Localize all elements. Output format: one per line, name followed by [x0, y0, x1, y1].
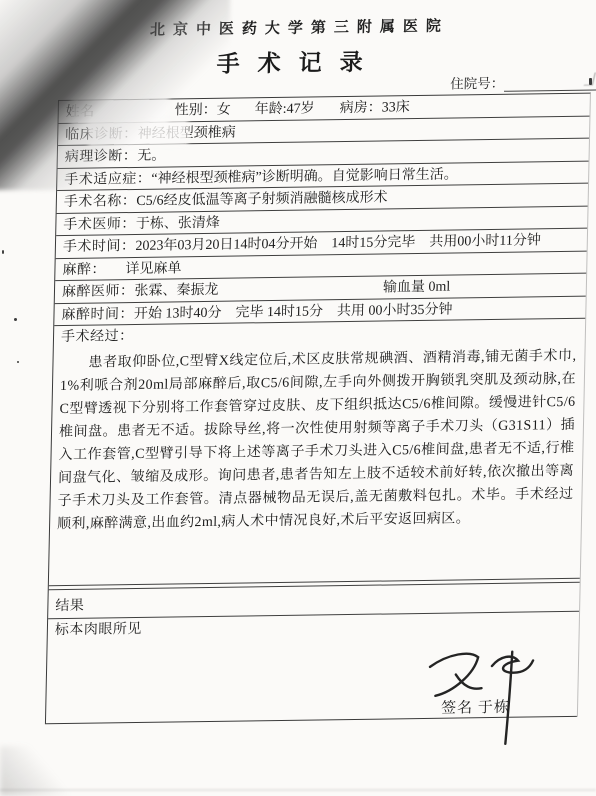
admission-number-label: 住院号： — [450, 72, 504, 93]
scan-edge-streak — [0, 789, 596, 791]
hospital-name: 北京中医药大学第三附属医院 — [1, 12, 596, 41]
scan-speck — [17, 361, 19, 363]
anesthesia-label: 麻醉： — [62, 262, 106, 278]
admission-number-blank — [504, 75, 596, 92]
name-label: 姓名 — [66, 105, 95, 120]
operation-time-value: 2023年03月20日14时04分开始 14时15分完毕 共用00小时11分钟 — [135, 233, 541, 254]
signature-area: 签名 于栋 — [406, 643, 578, 760]
record-table: 姓名 性别：女 年龄:47岁 病房：33床 临床诊断：神经根型颈椎病 病理诊断：… — [45, 93, 591, 725]
scan-speck — [2, 250, 4, 254]
surgeons-value: 于栋、张清烽 — [136, 215, 220, 231]
indication-value: “神经根型颈椎病”诊断明确。自觉影响日常生活。 — [151, 167, 458, 186]
specimen-label: 标本肉眼所见 — [55, 622, 142, 638]
signature-name: 于栋 — [478, 700, 510, 716]
age-value: 47岁 — [286, 101, 314, 116]
sex-value: 女 — [217, 103, 231, 118]
sex-label: 性别： — [175, 103, 217, 119]
document-sheet: 北京中医药大学第三附属医院 手术记录 住院号： 姓名 性别：女 年龄:47岁 病… — [0, 0, 596, 796]
pathological-diagnosis-value: 无。 — [137, 149, 165, 164]
indication-label: 手术适应症： — [64, 171, 151, 187]
operation-time-label: 手术时间： — [63, 239, 136, 255]
surgeons-label: 手术医师： — [63, 216, 136, 232]
operation-name-label: 手术名称： — [64, 194, 137, 210]
pathological-diagnosis-label: 病理诊断： — [65, 149, 138, 165]
result-label: 结果 — [55, 599, 84, 614]
clinical-diagnosis-value: 神经根型颈椎病 — [138, 125, 236, 141]
ward-label: 病房： — [340, 101, 382, 117]
signature-label: 签名 — [441, 700, 473, 716]
scan-speck — [589, 78, 592, 85]
scan-speck — [14, 318, 17, 321]
age-label: 年龄: — [255, 102, 287, 117]
procedure-label: 手术经过： — [61, 329, 134, 345]
clinical-diagnosis-label: 临床诊断： — [65, 126, 138, 142]
operation-name-value: C5/6经皮低温等离子射频消融髓核成形术 — [136, 190, 388, 209]
ward-value: 33床 — [382, 100, 410, 115]
anesthesiologists-value: 张霖、秦振龙 — [134, 283, 218, 299]
procedure-row: 手术经过： 患者取仰卧位,C型臂X线定位后,术区皮肤常规碘酒、酒精消毒,铺无菌手… — [49, 319, 585, 587]
anesthesiologists-label: 麻醉医师： — [62, 284, 135, 300]
anesthesia-time-value: 开始 13时40分 完毕 14时15分 共用 00小时35分钟 — [134, 302, 453, 321]
anesthesia-time-label: 麻醉时间： — [61, 306, 134, 322]
transfusion-value: 0ml — [428, 280, 450, 295]
procedure-text: 患者取仰卧位,C型臂X线定位后,术区皮肤常规碘酒、酒精消毒,铺无菌手术巾, 1%… — [57, 345, 577, 536]
transfusion-label: 输血量 — [383, 280, 425, 296]
admission-number-field: 住院号： — [450, 71, 596, 93]
scanned-surgical-record-page: 北京中医药大学第三附属医院 手术记录 住院号： 姓名 性别：女 年龄:47岁 病… — [0, 0, 596, 796]
anesthesia-value: 详见麻单 — [125, 262, 181, 277]
